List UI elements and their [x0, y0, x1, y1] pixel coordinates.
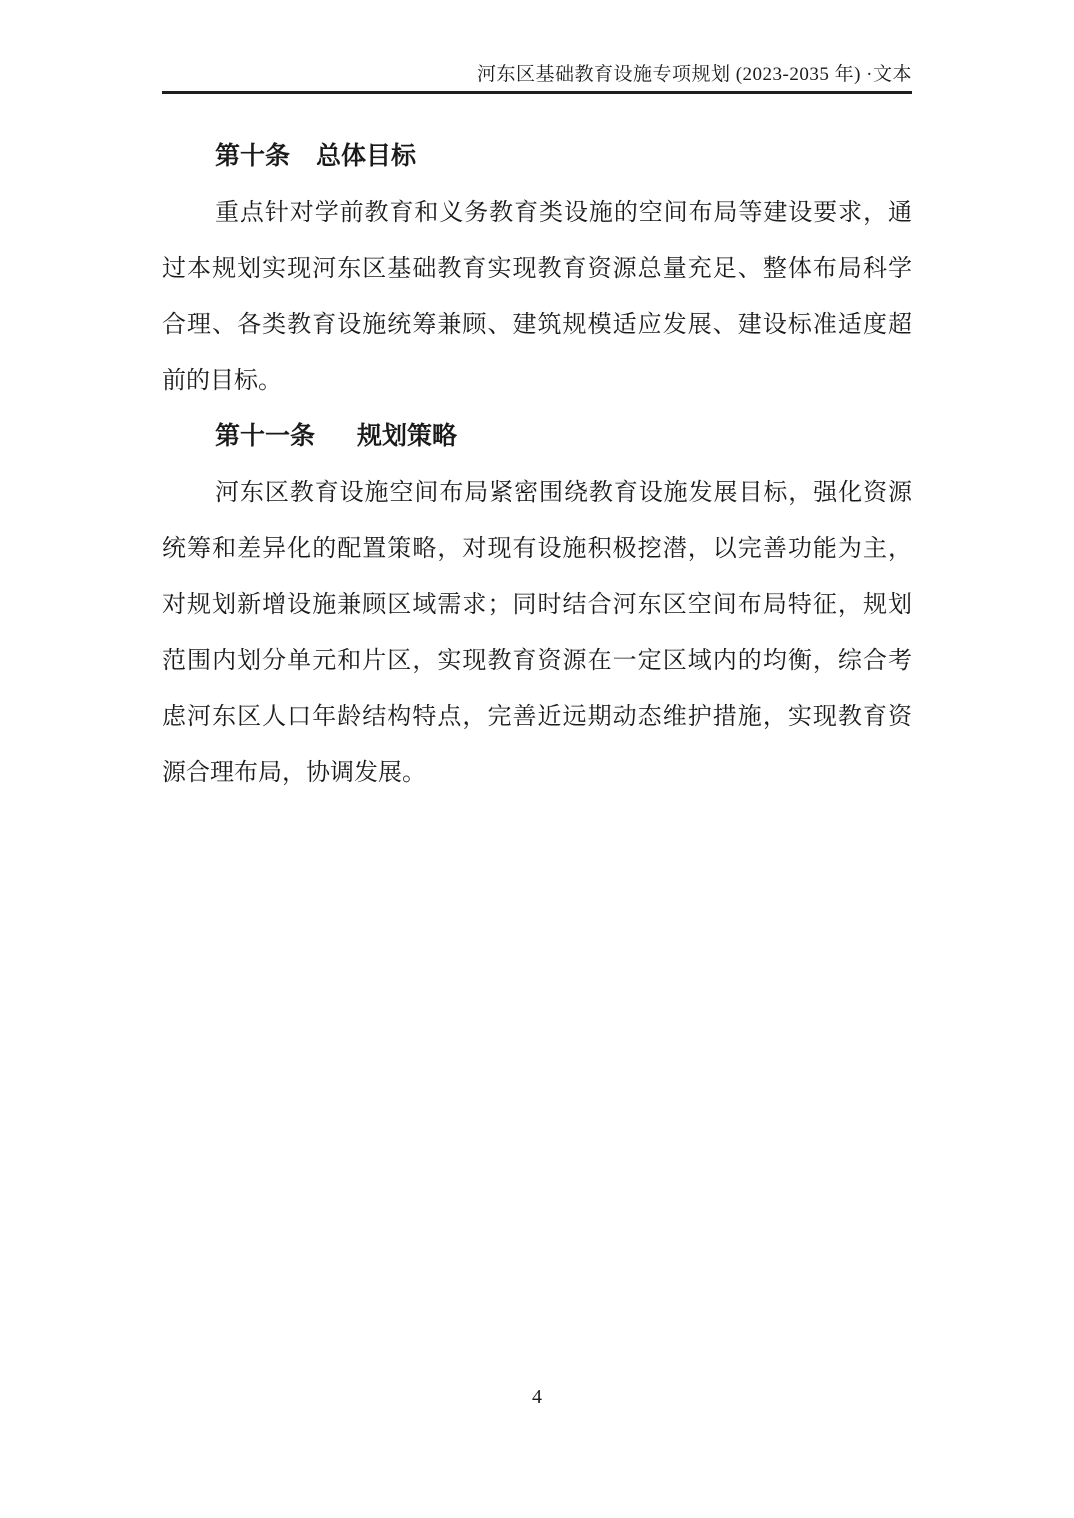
document-body: 第十条总体目标 重点针对学前教育和义务教育类设施的空间布局等建设要求，通 过本规… [162, 129, 912, 801]
text-line: 过本规划实现河东区基础教育实现教育资源总量充足、整体布局科学 [162, 241, 912, 297]
article-title: 规划策略 [357, 423, 457, 450]
section-heading-article-10: 第十条总体目标 [162, 129, 912, 185]
article-title: 总体目标 [316, 143, 416, 170]
section-heading-article-11: 第十一条规划策略 [162, 409, 912, 465]
text-line: 河东区教育设施空间布局紧密围绕教育设施发展目标，强化资源 [162, 465, 912, 521]
page-footer: 4 [0, 1382, 1074, 1412]
article-number: 第十一条 [215, 423, 315, 450]
paragraph-article-10: 重点针对学前教育和义务教育类设施的空间布局等建设要求，通 过本规划实现河东区基础… [162, 185, 912, 409]
article-number: 第十条 [215, 143, 290, 170]
document-page: 河东区基础教育设施专项规划 (2023-2035 年) ·文本 第十条总体目标 … [0, 0, 1074, 1518]
text-line: 对规划新增设施兼顾区域需求；同时结合河东区空间布局特征，规划 [162, 577, 912, 633]
text-line: 重点针对学前教育和义务教育类设施的空间布局等建设要求，通 [162, 185, 912, 241]
paragraph-article-11: 河东区教育设施空间布局紧密围绕教育设施发展目标，强化资源 统筹和差异化的配置策略… [162, 465, 912, 801]
text-line: 前的目标。 [162, 353, 912, 409]
text-line: 虑河东区人口年龄结构特点，完善近远期动态维护措施，实现教育资 [162, 689, 912, 745]
text-line: 统筹和差异化的配置策略，对现有设施积极挖潜，以完善功能为主， [162, 521, 912, 577]
page-number: 4 [532, 1386, 542, 1408]
page-header: 河东区基础教育设施专项规划 (2023-2035 年) ·文本 [162, 0, 912, 94]
text-line: 源合理布局，协调发展。 [162, 745, 912, 801]
header-running-title: 河东区基础教育设施专项规划 (2023-2035 年) ·文本 [477, 59, 912, 86]
text-line: 合理、各类教育设施统筹兼顾、建筑规模适应发展、建设标准适度超 [162, 297, 912, 353]
text-line: 范围内划分单元和片区，实现教育资源在一定区域内的均衡，综合考 [162, 633, 912, 689]
